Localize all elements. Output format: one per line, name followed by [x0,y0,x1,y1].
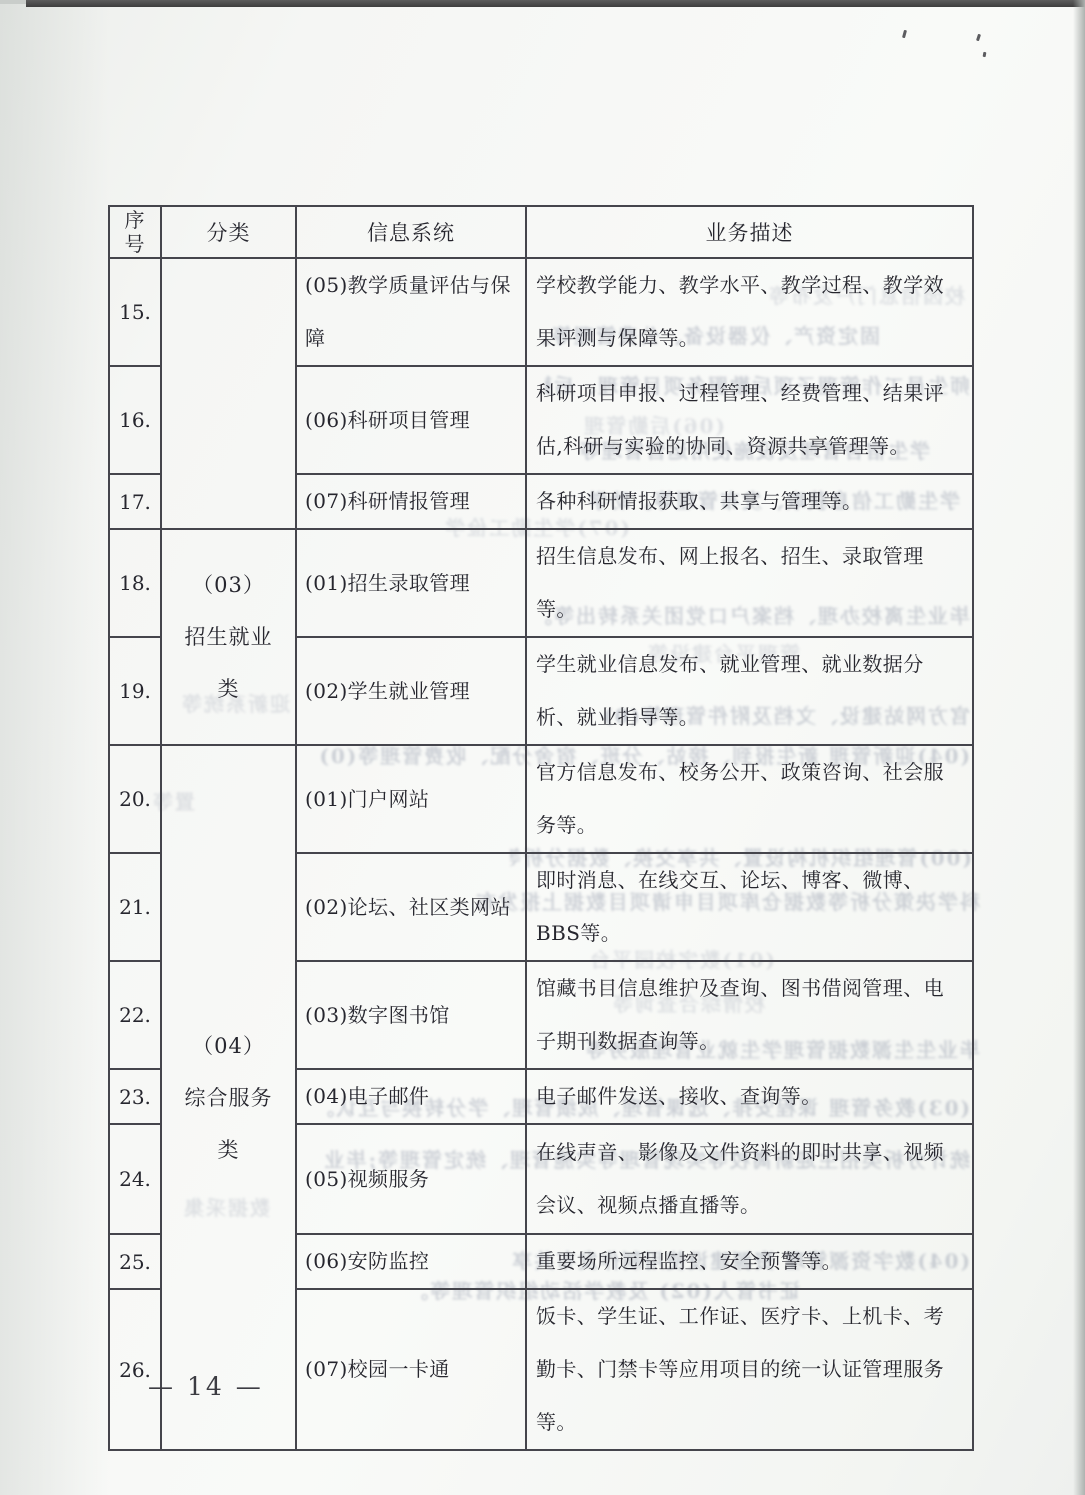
ink-speck [983,52,987,57]
category-cell-admissions: （03） 招生就业 类 [161,529,296,745]
row-number: 21. [109,853,161,961]
scanned-document-page: 校园信息门户发布等固定资产、仪器设备、公费管理等。师生员工作管理子项后勤服务项目… [0,0,1085,1495]
category-cell-empty [161,258,296,529]
row-number: 20. [109,745,161,853]
category-suffix: 类 [163,1124,294,1176]
category-name: 招生就业 [163,611,294,663]
header-serial-line2: 号 [111,232,159,256]
business-description: 招生信息发布、网上报名、招生、录取管理等。 [526,529,973,637]
system-name: (02)论坛、社区类网站 [296,853,526,961]
table-header-row: 序 号 分类 信息系统 业务描述 [109,206,973,258]
business-description: 科研项目申报、过程管理、经费管理、结果评估,科研与实验的协同、资源共享管理等。 [526,366,973,474]
business-description: 即时消息、在线交互、论坛、博客、微博、BBS等。 [526,853,973,961]
business-description: 重要场所远程监控、安全预警等。 [526,1234,973,1289]
business-description: 在线声音、影像及文件资料的即时共享、视频会议、视频点播直播等。 [526,1124,973,1234]
scan-top-edge-left [0,0,26,4]
category-code: （04） [163,1020,294,1072]
system-name: (03)数字图书馆 [296,961,526,1069]
ink-speck [976,34,981,42]
scan-right-edge [1073,0,1085,1495]
row-number: 24. [109,1124,161,1234]
row-number: 22. [109,961,161,1069]
row-number: 15. [109,258,161,366]
table-row: 20. （04） 综合服务 类 (01)门户网站 官方信息发布、校务公开、政策咨… [109,745,973,853]
system-name: (07)科研情报管理 [296,474,526,529]
table-row: 18. （03） 招生就业 类 (01)招生录取管理 招生信息发布、网上报名、招… [109,529,973,637]
info-systems-table: 序 号 分类 信息系统 业务描述 15. (05)教学质量评估与保障 学校教学能… [108,205,974,1451]
scan-top-edge [26,0,1085,7]
scan-left-shadow [0,0,110,1495]
system-name: (05)视频服务 [296,1124,526,1234]
system-name: (01)门户网站 [296,745,526,853]
category-suffix: 类 [163,663,294,715]
header-information-system: 信息系统 [296,206,526,258]
row-number: 23. [109,1069,161,1124]
category-name: 综合服务 [163,1072,294,1124]
category-cell-comprehensive-services: （04） 综合服务 类 [161,745,296,1450]
business-description: 学校教学能力、教学水平、教学过程、教学效果评测与保障等。 [526,258,973,366]
system-name: (06)科研项目管理 [296,366,526,474]
category-code: （03） [163,559,294,611]
business-description: 电子邮件发送、接收、查询等。 [526,1069,973,1124]
ink-speck [902,30,907,39]
business-description: 学生就业信息发布、就业管理、就业数据分析、就业指导等。 [526,637,973,745]
business-description: 馆藏书目信息维护及查询、图书借阅管理、电子期刊数据查询等。 [526,961,973,1069]
system-name: (02)学生就业管理 [296,637,526,745]
system-name: (06)安防监控 [296,1234,526,1289]
header-serial-number: 序 号 [109,206,161,258]
system-name: (01)招生录取管理 [296,529,526,637]
business-description: 饭卡、学生证、工作证、医疗卡、上机卡、考勤卡、门禁卡等应用项目的统一认证管理服务… [526,1289,973,1450]
system-name: (05)教学质量评估与保障 [296,258,526,366]
row-number: 17. [109,474,161,529]
page-number: — 14 — [148,1372,264,1401]
header-business-description: 业务描述 [526,206,973,258]
header-category: 分类 [161,206,296,258]
row-number: 25. [109,1234,161,1289]
system-name: (04)电子邮件 [296,1069,526,1124]
row-number: 18. [109,529,161,637]
system-name: (07)校园一卡通 [296,1289,526,1450]
header-serial-line1: 序 [111,208,159,232]
row-number: 19. [109,637,161,745]
row-number: 26. [109,1289,161,1450]
table-row: 15. (05)教学质量评估与保障 学校教学能力、教学水平、教学过程、教学效果评… [109,258,973,366]
row-number: 16. [109,366,161,474]
business-description: 各种科研情报获取、共享与管理等。 [526,474,973,529]
business-description: 官方信息发布、校务公开、政策咨询、社会服务等。 [526,745,973,853]
